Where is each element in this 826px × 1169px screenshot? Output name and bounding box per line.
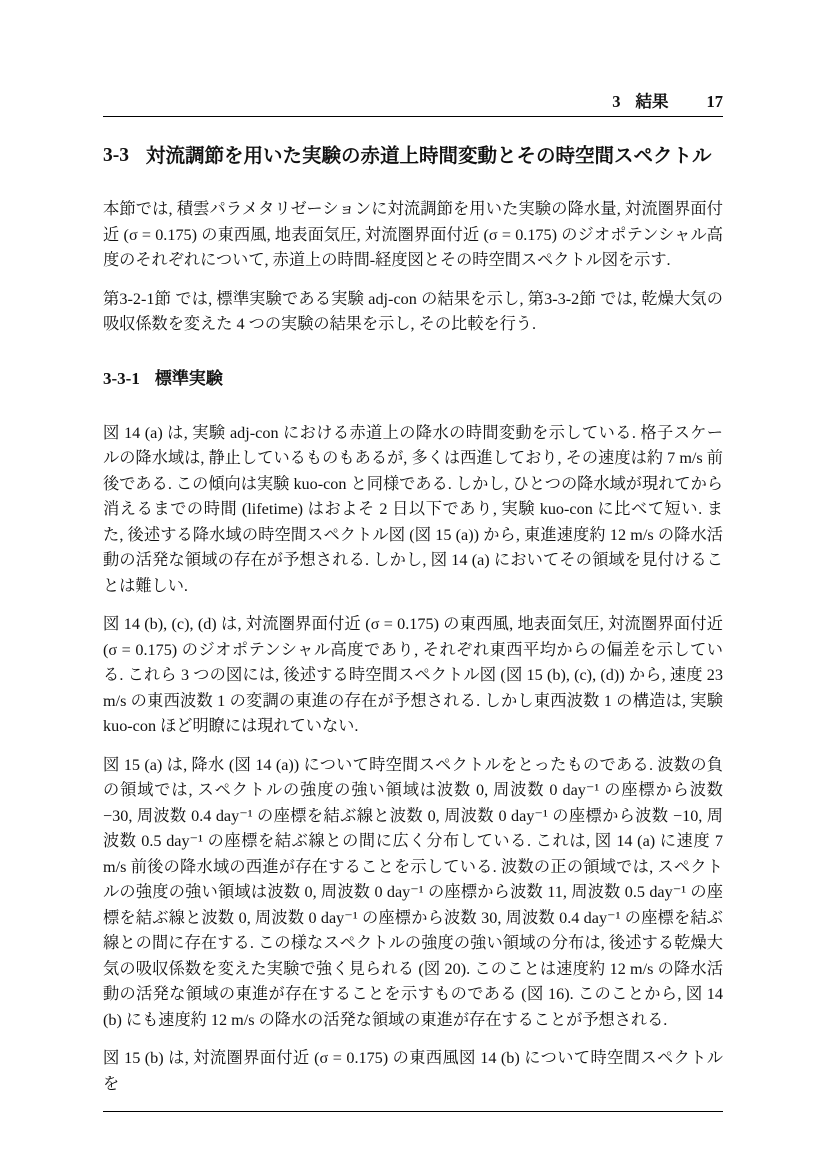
section-heading-number: 3-3 [103,143,129,169]
page-number: 17 [707,92,724,111]
subsection-heading-title: 標準実験 [155,368,223,390]
running-head-section-title: 結果 [636,93,669,112]
document-page: 3 結果 17 3-3 対流調節を用いた実験の赤道上時間変動とその時空間スペクト… [103,0,723,1112]
section-heading-title: 対流調節を用いた実験の赤道上時間変動とその時空間スペクトル [146,143,712,169]
intro-paragraph-2: 第3-2-1節 では, 標準実験である実験 adj-con の結果を示し, 第3… [103,287,723,338]
section-heading: 3-3 対流調節を用いた実験の赤道上時間変動とその時空間スペクトル [103,143,723,169]
intro-paragraph-1: 本節では, 積雲パラメタリゼーションに対流調節を用いた実験の降水量, 対流圏界面… [103,197,723,274]
page-body: 3-3 対流調節を用いた実験の赤道上時間変動とその時空間スペクトル 本節では, … [103,143,723,1097]
body-paragraph-fig15a: 図 15 (a) は, 降水 (図 14 (a)) について時空間スペクトルをと… [103,753,723,1034]
running-head-section-number: 3 [612,92,620,111]
body-paragraph-fig14bcd: 図 14 (b), (c), (d) は, 対流圏界面付近 (σ = 0.175… [103,612,723,740]
subsection-heading-number: 3-3-1 [103,368,140,390]
subsection-heading: 3-3-1 標準実験 [103,368,723,390]
body-paragraph-fig15b: 図 15 (b) は, 対流圏界面付近 (σ = 0.175) の東西風図 14… [103,1046,723,1097]
footer-rule [103,1111,723,1112]
body-paragraph-fig14a: 図 14 (a) は, 実験 adj-con における赤道上の降水の時間変動を示… [103,421,723,600]
page-footer [103,1111,723,1112]
running-head: 3 結果 17 [103,92,723,117]
